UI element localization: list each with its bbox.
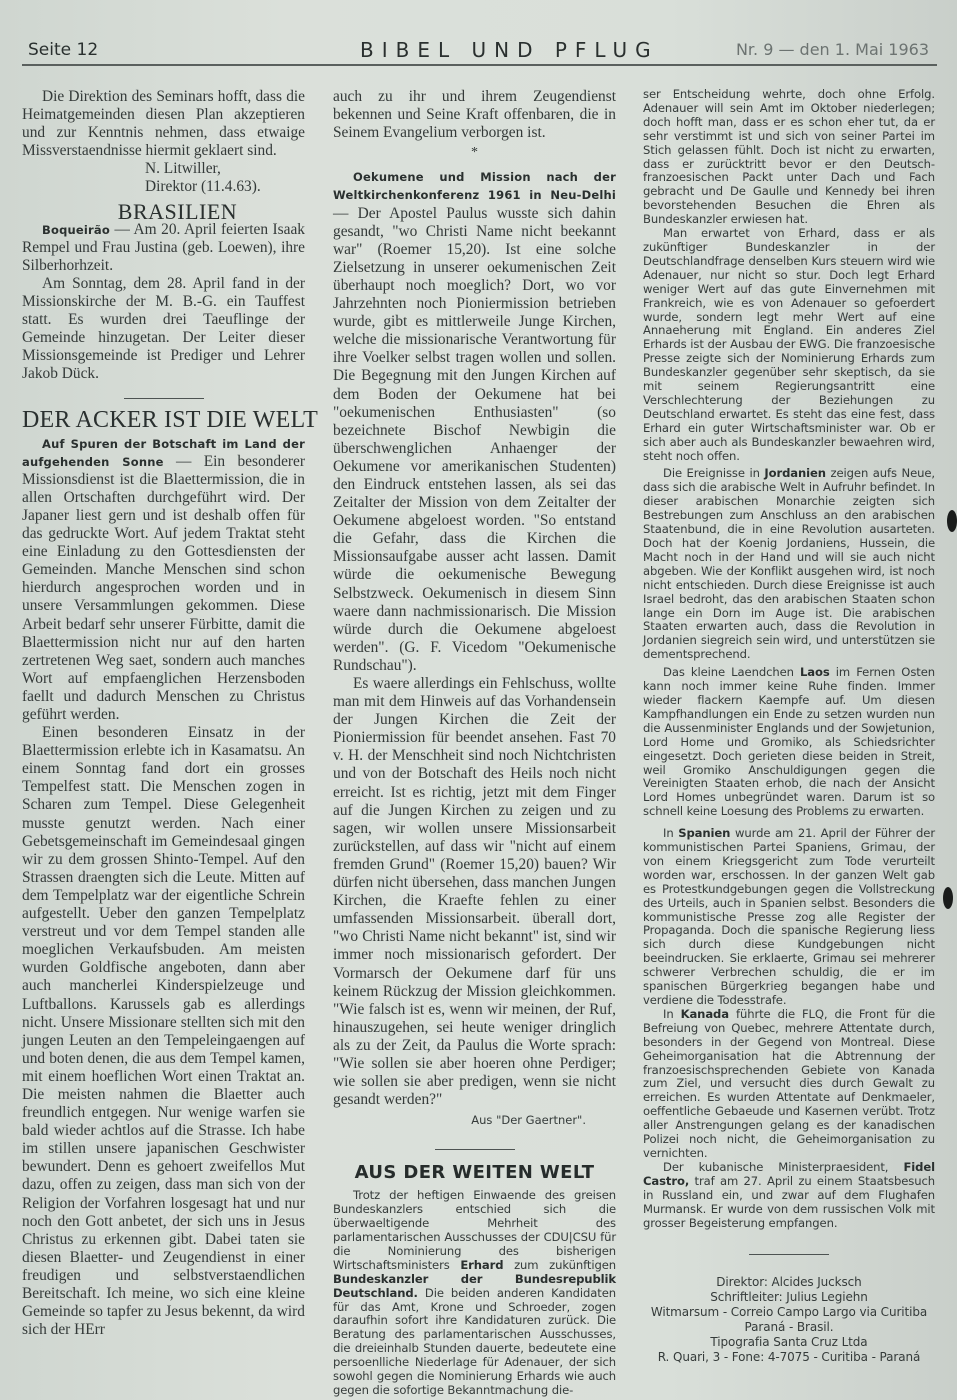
spanien-paragraph: In Spanien wurde am 21. April der Führer… [643, 827, 935, 1008]
kuba-paragraph: Der kubanische Ministerpraesident, Fidel… [643, 1161, 935, 1231]
section-divider [435, 1149, 515, 1150]
newspaper-title: BIBEL UND PFLUG [360, 38, 659, 62]
brasilien-paragraph-2: Am Sonntag, dem 28. April fand in der Mi… [22, 275, 305, 384]
section-divider [124, 398, 204, 399]
imprint-address: Witmarsum - Correio Campo Largo via Curi… [643, 1305, 935, 1320]
kanada-paragraph: In Kanada führte die FLQ, die Front für … [643, 1008, 935, 1161]
acker-paragraph-1: Auf Spuren der Botschaft im Land der auf… [22, 435, 305, 725]
imprint-editor: Schriftleiter: Julius Legiehn [643, 1290, 935, 1305]
column-middle: auch zu ihr und ihrem Zeugendienst beken… [333, 88, 616, 1398]
heading-brasilien: BRASILIEN [50, 203, 305, 221]
imprint: Direktor: Alcides Jucksch Schriftleiter:… [643, 1275, 935, 1365]
masthead-rule [22, 64, 937, 66]
acker-paragraph-2: Einen besonderen Einsatz in der Blaetter… [22, 724, 305, 1339]
signature-name: N. Litwiller, [22, 160, 305, 178]
jordanien-paragraph: Die Ereignisse in Jordanien zeigen aufs … [643, 467, 935, 662]
oekumene-paragraph-1: Oekumene und Mission nach der Weltkirche… [333, 168, 616, 675]
seminar-paragraph: Die Direktion des Seminars hofft, dass d… [22, 88, 305, 160]
heading-acker: DER ACKER IST DIE WELT [22, 411, 305, 429]
signature-title: Direktor (11.4.63). [22, 178, 305, 196]
imprint-printer: Tipografia Santa Cruz Ltda [643, 1335, 935, 1350]
issue-date: Nr. 9 — den 1. Mai 1963 [736, 40, 929, 59]
erhard-paragraph: Man erwartet von Erhard, dass er als zuk… [643, 227, 935, 463]
masthead: Seite 12 BIBEL UND PFLUG Nr. 9 — den 1. … [22, 36, 937, 66]
oekumene-paragraph-2: Es waere allerdings ein Fehlschuss, woll… [333, 675, 616, 1109]
imprint-state: Paraná - Brasil. [643, 1320, 935, 1335]
newspaper-page: Seite 12 BIBEL UND PFLUG Nr. 9 — den 1. … [0, 0, 957, 1400]
imprint-printer-address: R. Quari, 3 - Fone: 4-7075 - Curitiba - … [643, 1350, 935, 1365]
binding-hole [947, 510, 957, 532]
column-right: ser Entscheidung wehrte, doch ohne Erfol… [643, 88, 935, 1365]
brasilien-paragraph-1: Boqueirão — Am 20. April feierten Isaak … [22, 221, 305, 275]
column-left: Die Direktion des Seminars hofft, dass d… [22, 88, 305, 1339]
heading-weite-welt: AUS DER WEITEN WELT [333, 1162, 616, 1183]
weite-welt-paragraph: Trotz der heftigen Einwaende des greisen… [333, 1189, 616, 1398]
laos-paragraph: Das kleine Laendchen Laos im Fernen Oste… [643, 666, 935, 819]
continuation-paragraph: auch zu ihr und ihrem Zeugendienst beken… [333, 88, 616, 142]
page-number: Seite 12 [28, 40, 98, 60]
article-lead: Oekumene und Mission nach der Weltkirche… [333, 170, 616, 202]
dateline: Boqueirão [42, 223, 110, 237]
continuation-paragraph: ser Entscheidung wehrte, doch ohne Erfol… [643, 88, 935, 227]
source-credit: Aus "Der Gaertner". [333, 1113, 616, 1127]
imprint-director: Direktor: Alcides Jucksch [643, 1275, 935, 1290]
binding-hole [943, 887, 953, 909]
section-divider [749, 1254, 829, 1255]
asterisk-separator: * [333, 144, 616, 162]
